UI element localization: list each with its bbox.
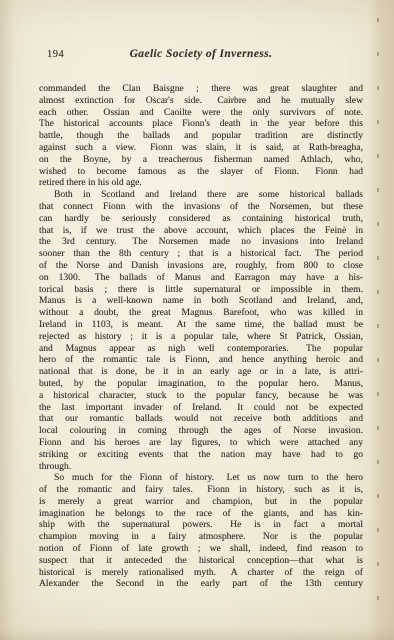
text-line: notion of Fionn of late growth ; we shal…	[39, 543, 363, 555]
text-line: ship with the supernatural powers. He is…	[39, 519, 363, 531]
running-title: Gaelic Society of Inverness.	[39, 48, 363, 60]
text-line: Ireland in 1103, is meant. At the same t…	[39, 319, 363, 331]
text-line: battle, though the ballads and popular t…	[39, 130, 363, 142]
text-line: of the romantic and fairy tales. Fionn i…	[39, 484, 363, 496]
running-header: 194 Gaelic Society of Inverness.	[39, 48, 363, 64]
page-right-edge	[368, 0, 394, 640]
text-line: on 1300. The ballads of Manus and Earrag…	[39, 272, 363, 284]
page-number: 194	[47, 49, 64, 60]
text-line: of the Norse and Danish invasions are, r…	[39, 260, 363, 272]
text-line: So much for the Fionn of history. Let us…	[39, 472, 363, 484]
text-line: buted, by the popular imagination, to th…	[39, 378, 363, 390]
text-line: is merely a great warrior and champion, …	[39, 496, 363, 508]
text-line: each other. Ossian and Caoilte were the …	[39, 107, 363, 119]
text-line: suspect that it anteceded the historical…	[39, 555, 363, 567]
text-line: that our romantic ballads would not rece…	[39, 413, 363, 425]
text-line: that connect Fionn with the invasions of…	[39, 201, 363, 213]
text-line: The historical accounts place Fionn's de…	[39, 118, 363, 130]
text-line: rejected as history ; it is a popular ta…	[39, 331, 363, 343]
text-line: Manus is a well-known name in both Scotl…	[39, 295, 363, 307]
text-line: Alexander the Second in the early part o…	[39, 578, 363, 590]
text-line: without a doubt, the great Magnus Barefo…	[39, 307, 363, 319]
text-line: Fionn and his heroes are lay figures, to…	[39, 437, 363, 449]
text-line: that is, if we trust the above account, …	[39, 225, 363, 237]
binding-stitch-marks	[377, 18, 379, 618]
text-line: retired there in his old age.	[39, 177, 363, 189]
page-left-edge-shadow	[0, 0, 14, 640]
text-line: hero of the romantic tale is Fionn, and …	[39, 354, 363, 366]
text-line: the last important invader of Ireland. I…	[39, 402, 363, 414]
text-line: striking or exciting events that the nat…	[39, 449, 363, 461]
text-line: historical is merely rationalised myth. …	[39, 567, 363, 579]
text-line: wished to become famous as the slayer of…	[39, 166, 363, 178]
text-line: imagination he belongs to the race of th…	[39, 508, 363, 520]
scanned-book-page: 194 Gaelic Society of Inverness. command…	[0, 0, 394, 640]
text-line: and Magnus appear as nigh well contempor…	[39, 343, 363, 355]
text-line: commanded the Clan Baisgne ; there was g…	[39, 83, 363, 95]
text-line: through.	[39, 461, 363, 473]
page-bottom-edge-shadow	[0, 628, 394, 640]
text-line: almost extinction for Oscar's side. Cair…	[39, 95, 363, 107]
text-line: sooner than the 8th century ; that is a …	[39, 248, 363, 260]
text-line: Both in Scotland and Ireland there are s…	[39, 189, 363, 201]
text-line: can hardly be seriously considered as co…	[39, 213, 363, 225]
page-text: commanded the Clan Baisgne ; there was g…	[39, 83, 363, 590]
text-line: champion moving in a fairy atmosphere. N…	[39, 531, 363, 543]
text-line: national that is done, be it in an early…	[39, 366, 363, 378]
text-line: on the Boyne, by a treacherous fisherman…	[39, 154, 363, 166]
text-line: local colouring in coming through the ag…	[39, 425, 363, 437]
text-line: the 3rd century. The Norsemen made no in…	[39, 236, 363, 248]
text-line: a historical character, stuck to the pop…	[39, 390, 363, 402]
text-line: against such a view. Fionn was slain, it…	[39, 142, 363, 154]
text-line: torical basis ; there is little supernat…	[39, 284, 363, 296]
